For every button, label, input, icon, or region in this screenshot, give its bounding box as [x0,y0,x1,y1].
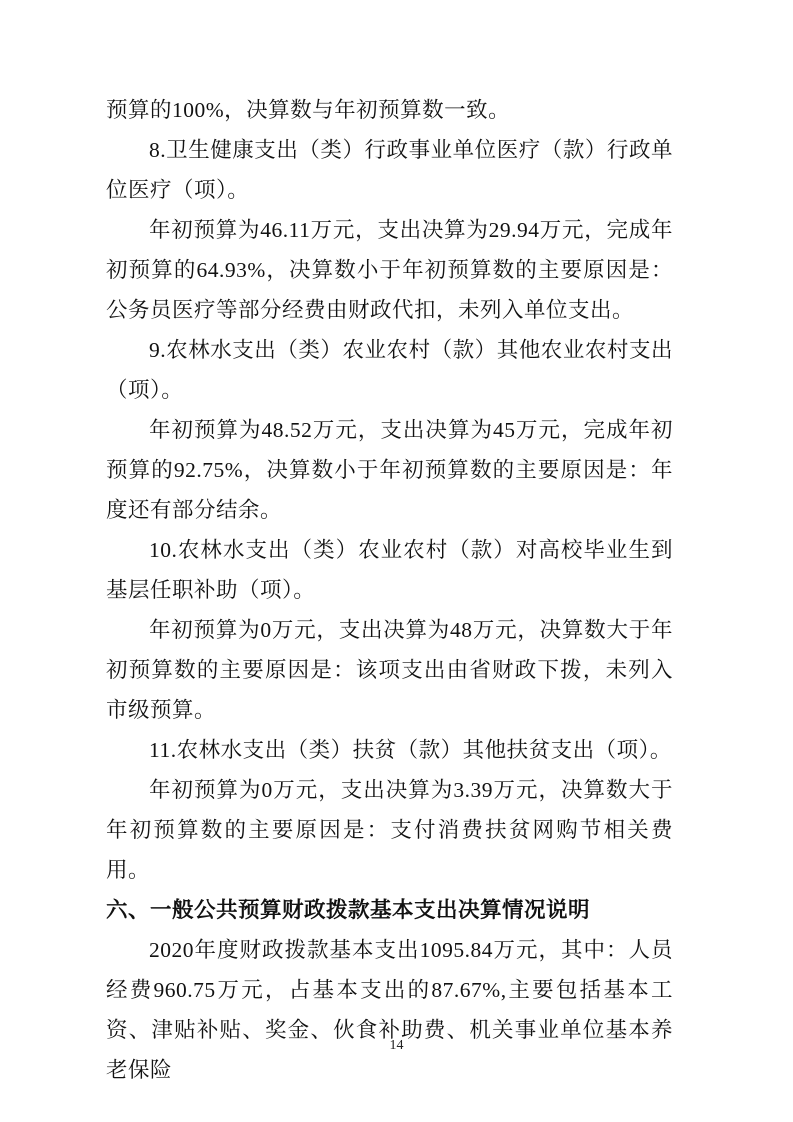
paragraph: 年初预算为46.11万元，支出决算为29.94万元，完成年初预算的64.93%，… [106,210,673,330]
paragraph: 8.卫生健康支出（类）行政事业单位医疗（款）行政单位医疗（项）。 [106,130,673,210]
page-number: 14 [390,1038,404,1053]
paragraph: 11.农林水支出（类）扶贫（款）其他扶贫支出（项）。 [106,730,673,770]
paragraph: 2020年度财政拨款基本支出1095.84万元，其中：人员经费960.75万元，… [106,930,673,1090]
page-footer: 14 [0,1036,793,1054]
paragraph: 10.农林水支出（类）农业农村（款）对高校毕业生到基层任职补助（项）。 [106,530,673,610]
document-page: 预算的100%，决算数与年初预算数一致。8.卫生健康支出（类）行政事业单位医疗（… [0,0,793,1122]
paragraph: 预算的100%，决算数与年初预算数一致。 [106,90,673,130]
document-body: 预算的100%，决算数与年初预算数一致。8.卫生健康支出（类）行政事业单位医疗（… [106,90,673,1090]
paragraph: 年初预算为0万元，支出决算为48万元，决算数大于年初预算数的主要原因是：该项支出… [106,610,673,730]
paragraph: 年初预算为0万元，支出决算为3.39万元，决算数大于年初预算数的主要原因是：支付… [106,770,673,890]
paragraph: 9.农林水支出（类）农业农村（款）其他农业农村支出（项）。 [106,330,673,410]
section-heading: 六、一般公共预算财政拨款基本支出决算情况说明 [106,890,673,930]
paragraph: 年初预算为48.52万元，支出决算为45万元，完成年初预算的92.75%，决算数… [106,410,673,530]
